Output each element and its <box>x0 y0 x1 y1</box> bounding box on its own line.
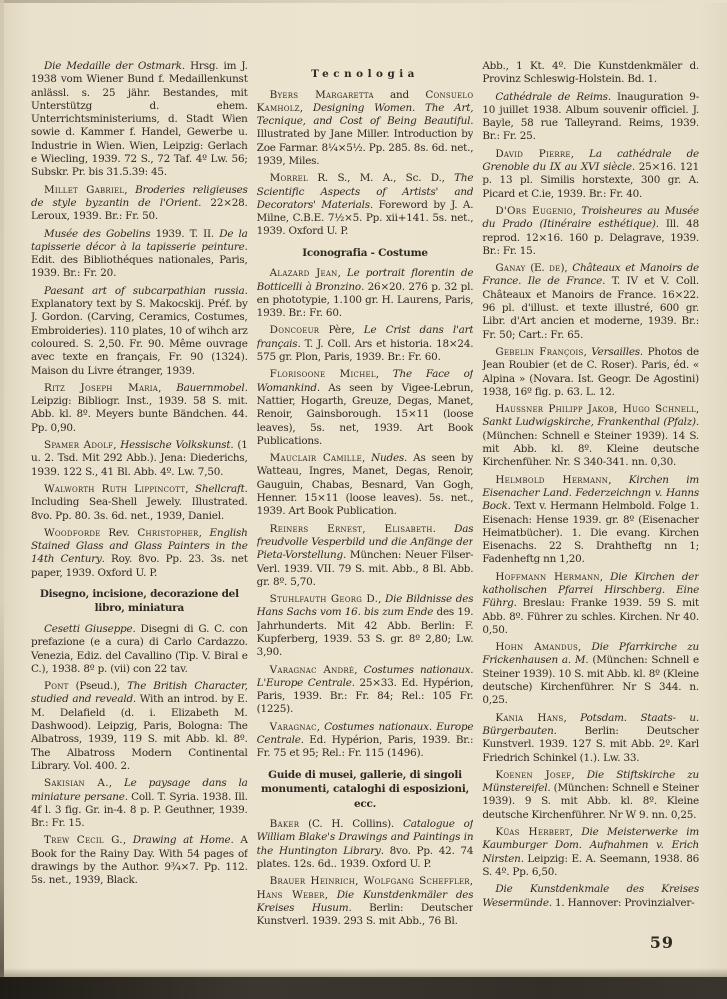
bibliography-entry: Mauclair Camille, Nudes. As seen by Watt… <box>257 452 474 518</box>
entry-text: , <box>570 826 582 838</box>
work-title: Sankt Ludwigskirche, Frankenthal (Pfalz) <box>482 416 696 428</box>
entry-text: , <box>571 148 589 160</box>
author-name: Hohn Amandus <box>495 641 578 653</box>
column-3: Abb., 1 Kt. 4º. Die Kunstdenkmäler d. Pr… <box>482 60 699 972</box>
entry-text: and <box>374 89 426 101</box>
work-title: Cesetti Giuseppe <box>44 623 132 635</box>
author-name: Sakisian A. <box>44 777 109 789</box>
author-name: Ganay <box>495 262 525 274</box>
entry-text: , <box>123 834 133 846</box>
bibliography-entry: Gebelin François, Versailles. Photos de … <box>482 346 699 399</box>
entry-text: , <box>158 382 176 394</box>
bibliography-entry: Spamer Adolf, Hessische Volkskunst. (1 u… <box>31 439 248 479</box>
work-title: Versailles <box>591 346 640 358</box>
bibliography-entry: Ritz Joseph Maria, Bauernmobel. Leipzig:… <box>31 382 248 435</box>
entry-text: . Breslau: Franke 1939. 59 S. mit Abb. 8… <box>482 597 699 636</box>
work-title: Drawing at Home <box>133 834 231 846</box>
author-name: Millet Gabriel <box>44 184 124 196</box>
scan-edge-left <box>0 0 4 999</box>
bibliography-entry: Haussner Philipp Jakob, Hugo Schnell, Sa… <box>482 403 699 469</box>
section-heading: Disegno, incisione, decorazione del libr… <box>35 587 244 616</box>
author-name: Reiners Ernest, Elisabeth <box>270 523 433 535</box>
bibliography-entry: Hoffmann Hermann, Die Kirchen der kathol… <box>482 571 699 637</box>
bibliography-entry: David Pierre, La cathédrale de Grenoble … <box>482 148 699 201</box>
entry-text: . Hrsg. im J. 1938 vom Wiener Bund f. Me… <box>31 60 248 178</box>
entry-text: , <box>338 267 347 279</box>
bibliography-entry: Trew Cecil G., Drawing at Home. A Book f… <box>31 834 248 887</box>
author-name: Pont <box>44 680 69 692</box>
entry-text: , <box>109 777 124 789</box>
entry-text: , <box>571 769 586 781</box>
bibliography-entry: Alazard Jean, Le portrait florentin de B… <box>257 267 474 320</box>
entry-text: , <box>317 721 324 733</box>
work-title: Die Medaille der Ostmark <box>44 60 182 72</box>
author-name: Stuhlfauth Georg D. <box>270 593 378 605</box>
author-name: David Pierre <box>495 148 570 160</box>
entry-text: , <box>362 452 371 464</box>
entry-text: , <box>378 593 385 605</box>
bibliography-entry: Walworth Ruth Lippincott, Shellcraft. In… <box>31 483 248 523</box>
entry-text: , <box>578 641 591 653</box>
section-heading: Iconografia - Costume <box>261 246 470 261</box>
entry-text: (E. <box>525 262 549 274</box>
entry-text: , <box>185 483 195 495</box>
entry-text: , <box>300 102 313 114</box>
bibliography-entry: Millet Gabriel, Broderies religieuses de… <box>31 184 248 224</box>
bibliography-entry: Sakisian A., Le paysage dans la miniatur… <box>31 777 248 830</box>
entry-text: , <box>696 403 699 415</box>
column-2: TecnologiaByers Margaretta and Consuelo … <box>257 60 474 972</box>
work-title: Paesant art of subcarpathian russia <box>44 285 245 297</box>
author-name: Küas Herbert <box>495 826 569 838</box>
bibliography-entry: Morrel R. S., M. A., Sc. D., The Scienti… <box>257 172 474 238</box>
author-name: Mauclair Camille <box>270 452 362 464</box>
bibliography-entry: Doncoeur Père, Le Crist dans l'art franç… <box>257 324 474 364</box>
section-heading: Guide di musei, gallerie, di singoli mon… <box>261 768 470 812</box>
section-heading: Tecnologia <box>261 67 470 82</box>
author-name: Spamer Adolf <box>44 439 113 451</box>
author-name: Koenen Josef <box>495 769 571 781</box>
entry-text: , <box>573 205 581 217</box>
bibliography-entry: Florisoone Michel, The Face of Womankind… <box>257 368 474 448</box>
bibliography-entry: Varagnac André, Costumes nationaux. L'Eu… <box>257 664 474 717</box>
entry-text: , <box>600 571 610 583</box>
work-title: Shellcraft <box>195 483 245 495</box>
work-title: Cathédrale de Reims <box>495 91 607 103</box>
entry-text: , <box>376 368 393 380</box>
bibliography-entry: Musée des Gobelins 1939. T. II. De la ta… <box>31 228 248 281</box>
entry-text: . <box>433 523 454 535</box>
column-1: Die Medaille der Ostmark. Hrsg. im J. 19… <box>31 60 248 972</box>
bibliography-entry: Pont (Pseud.), The British Character, st… <box>31 680 248 773</box>
work-title: Nudes <box>371 452 404 464</box>
entry-text: . Text v. Hermann Helmbold. Folge 1. Eis… <box>482 500 699 565</box>
author-name: de <box>549 262 560 274</box>
entry-text: Rev. <box>101 527 138 539</box>
author-name: Alazard Jean <box>270 267 338 279</box>
author-name: Varagnac André <box>270 664 355 676</box>
bibliography-entry: Stuhlfauth Georg D., Die Bildnisse des H… <box>257 593 474 659</box>
bibliography-entry: Woodforde Rev. Christopher, English Stai… <box>31 527 248 580</box>
author-name: Byers Margaretta <box>270 89 374 101</box>
bibliography-entry: Varagnac, Costumes nationaux. Europe Cen… <box>257 721 474 761</box>
book-page: Die Medaille der Ostmark. Hrsg. im J. 19… <box>0 0 727 999</box>
bibliography-entry: Cesetti Giuseppe. Disegni di G. C. con p… <box>31 623 248 676</box>
entry-text: R. S., M. A., Sc. D., <box>308 172 454 184</box>
bibliography-entry: Cathédrale de Reims. Inauguration 9-10 j… <box>482 91 699 144</box>
bibliography-entry: Küas Herbert, Die Meisterwerke im Kaumbu… <box>482 826 699 879</box>
entry-text: . Explanatory text by S. Makocskij. Préf… <box>31 285 248 377</box>
author-name: D'Ors Eugenio <box>495 205 572 217</box>
entry-text: (Pseud.), <box>69 680 128 692</box>
entry-text: , <box>325 889 337 901</box>
work-title: Hessische Volkskunst <box>120 439 230 451</box>
entry-text: Père, <box>319 324 364 336</box>
author-name: Woodforde <box>44 527 101 539</box>
page-number: 59 <box>650 933 674 952</box>
author-name: Varagnac <box>270 721 317 733</box>
bibliography-entry: Koenen Josef, Die Stiftskirche zu Münste… <box>482 769 699 822</box>
entry-text: , <box>124 184 135 196</box>
author-name: Ritz Joseph Maria <box>44 382 158 394</box>
bibliography-entry: Kania Hans, Potsdam. Staats- u. Bürgerba… <box>482 712 699 765</box>
entry-text: Abb., 1 Kt. 4º. Die Kunstdenkmäler d. Pr… <box>482 60 699 85</box>
author-name: Florisoone Michel <box>270 368 376 380</box>
author-name: Helmbold Hermann <box>495 474 608 486</box>
entry-text: (C. H. Collins). <box>299 818 403 830</box>
scan-edge-bottom <box>0 977 727 999</box>
work-title: Bauernmobel <box>176 382 244 394</box>
author-name: Baker <box>270 818 300 830</box>
author-name: Kania Hans <box>495 712 563 724</box>
bibliography-entry: D'Ors Eugenio, Troisheures au Musée du P… <box>482 205 699 258</box>
author-name: Morrel <box>270 172 308 184</box>
author-name: Christopher <box>137 527 198 539</box>
bibliography-entry: Die Medaille der Ostmark. Hrsg. im J. 19… <box>31 60 248 180</box>
entry-text: 1939. T. II. <box>150 228 219 240</box>
entry-text: , <box>199 527 210 539</box>
author-name: Walworth Ruth Lippincott <box>44 483 185 495</box>
author-name: Trew Cecil G. <box>44 834 123 846</box>
entry-text: , <box>608 474 629 486</box>
author-name: Haussner Philipp Jakob, Hugo Schnell <box>495 403 696 415</box>
bibliography-entry: Baker (C. H. Collins). Catalogue of Will… <box>257 818 474 871</box>
author-name: Hoffmann Hermann <box>495 571 599 583</box>
author-name: Doncoeur <box>270 324 320 336</box>
text-columns: Die Medaille der Ostmark. Hrsg. im J. 19… <box>31 60 699 972</box>
scan-edge-top <box>0 0 727 3</box>
bibliography-entry: Hohn Amandus, Die Pfarrkirche zu Fricken… <box>482 641 699 707</box>
author-name: Gebelin François <box>495 346 583 358</box>
bibliography-entry: Reiners Ernest, Elisabeth. Das freudvoll… <box>257 523 474 589</box>
bibliography-entry: Die Kunstdenkmale des Kreises Wesermünde… <box>482 883 699 910</box>
work-title: Musée des Gobelins <box>44 228 150 240</box>
bibliography-entry: Paesant art of subcarpathian russia. Exp… <box>31 285 248 378</box>
bibliography-entry: Helmbold Hermann, Kirchen im Eisenacher … <box>482 474 699 567</box>
entry-text: ), <box>561 262 573 274</box>
entry-text: , <box>563 712 580 724</box>
bibliography-entry-continuation: Abb., 1 Kt. 4º. Die Kunstdenkmäler d. Pr… <box>482 60 699 87</box>
bibliography-entry: Brauer Heinrich, Wolfgang Scheffler, Han… <box>257 875 474 928</box>
entry-text: . 1. Hannover: Provinzialver- <box>549 897 695 909</box>
bibliography-entry: Ganay (E. de), Châteaux et Manoirs de Fr… <box>482 262 699 342</box>
entry-text: , <box>354 664 363 676</box>
bibliography-entry: Byers Margaretta and Consuelo Kamholz, D… <box>257 89 474 169</box>
